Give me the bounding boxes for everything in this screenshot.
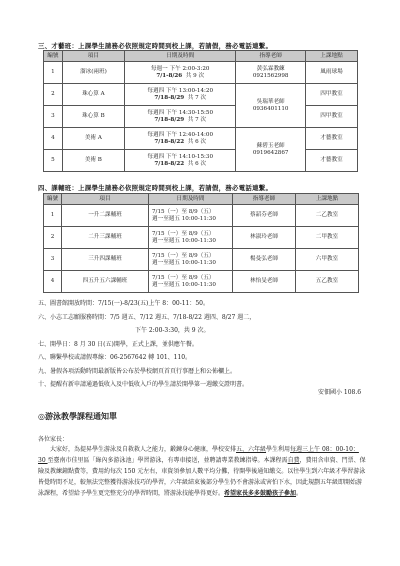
- document-page: 三、才藝班：上課學生請務必依照規定時間到校上課，若請假，務必電話連繫。 編號 項…: [0, 0, 400, 566]
- note-schedule-info: 九、暑假各項活動時間最新版皆公布於學校網頁首頁行事曆上和公佈欄上。: [38, 366, 236, 375]
- time-line: 每週四 下午 12:40-14:00: [125, 132, 235, 139]
- row-item: 四五升五六課輔班: [62, 271, 149, 293]
- table-row: 4 美術 A 每週四 下午 12:40-14:007/18-8/22 共 6 次…: [44, 128, 358, 150]
- row-no: 3: [44, 249, 62, 271]
- row-item: 珠心算 A: [62, 84, 124, 106]
- note-low-income: 十、提醒有新申請通過低收入及中低收入戶的學生請於開學第一週繳交證明書。: [38, 379, 248, 388]
- table-header-row: 編號 項目 日期及時間 指導老師 上課地點: [44, 51, 358, 62]
- row-place: 才藝教室: [305, 150, 357, 172]
- row-item: 一升二課輔班: [62, 205, 149, 227]
- date-range: 7/1-8/26: [156, 73, 182, 79]
- row-time: 每週四 下午 14:30-15:507/18-8/29 共 7 次: [125, 106, 236, 128]
- row-time: 每週一 下午 2:00-3:207/1-8/26 共 9 次: [125, 62, 236, 84]
- teacher-phone: 0936401110: [236, 106, 305, 113]
- date-range: 7/15（一）至 8/9（五）: [152, 253, 232, 260]
- row-place: 風雨球場: [305, 62, 357, 84]
- grade-highlight: 五、六年級: [236, 446, 266, 453]
- date-range: 7/18-8/22: [154, 161, 184, 167]
- header-teacher: 指導老師: [236, 51, 306, 62]
- row-teacher: 林淑玲老師: [233, 227, 296, 249]
- row-no: 5: [44, 150, 63, 172]
- row-place: 四甲教室: [305, 106, 357, 128]
- table-row: 2 二升三課輔班 7/15（一）至 8/9（五）週一至週五 10:00-11:3…: [44, 227, 359, 249]
- time-line: 每週四 下午 14:10-15:30: [125, 154, 235, 161]
- signature: 安佃國小 108.6: [318, 387, 361, 396]
- body-text: 學生利用: [266, 446, 290, 453]
- row-place: 二乙教室: [296, 205, 359, 227]
- row-no: 1: [44, 205, 62, 227]
- header-time: 日期及時間: [149, 194, 233, 205]
- row-time: 每週四 下午 14:10-15:307/18-8/22 共 6 次: [125, 150, 236, 172]
- note-school-start: 七、開學日：8 月 30 日(五)開學，正式上課，並供應午餐。: [38, 339, 198, 348]
- time-line: 週一至週五 10:00-11:30: [152, 282, 232, 289]
- table-row: 3 三升四課輔班 7/15（一）至 8/9（五）週一至週五 10:00-11:3…: [44, 249, 359, 271]
- table-row: 1 一升二課輔班 7/15（一）至 8/9（五）週一至週五 10:00-11:3…: [44, 205, 359, 227]
- row-place: 六甲教室: [296, 249, 359, 271]
- self-pay-highlight: 自費: [288, 457, 300, 464]
- session-count: 共 7 次: [188, 95, 206, 101]
- row-time: 每週四 下午 12:40-14:007/18-8/22 共 6 次: [125, 128, 236, 150]
- row-no: 2: [44, 84, 63, 106]
- date-range: 7/15（一）至 8/9（五）: [152, 231, 232, 238]
- section3-title: 三、才藝班：上課學生請務必依照規定時間到校上課，若請假，務必電話連繫。: [38, 41, 272, 50]
- row-no: 3: [44, 106, 63, 128]
- note-volunteer-hours-cont: 下午 2:00-3:30，共 9 次。: [135, 325, 210, 334]
- row-teacher: 楊曼弘老師: [233, 249, 296, 271]
- body-text: 。: [296, 490, 302, 497]
- tutoring-class-table: 編號 項目 日期及時間 指導老師 上課地點 1 一升二課輔班 7/15（一）至 …: [43, 193, 359, 293]
- teacher-phone: 0919642867: [236, 150, 305, 157]
- row-time: 7/15（一）至 8/9（五）週一至週五 10:00-11:30: [149, 249, 233, 271]
- row-teacher: 林怡旻老師: [233, 271, 296, 293]
- session-count: 共 6 次: [188, 139, 206, 145]
- header-place: 上課地點: [305, 51, 357, 62]
- body-text: 至臺南市佳里區「綠內多游泳池」學習游泳，有專車接送，並聘請專業教練指導。本課程需: [48, 457, 288, 464]
- teacher-name: 吳瑞華老師: [236, 99, 305, 106]
- row-time: 7/15（一）至 8/9（五）週一至週五 10:00-11:30: [149, 271, 233, 293]
- date-range: 7/15（一）至 8/9（五）: [152, 275, 232, 282]
- note-volunteer-hours: 六、小志工志願服務時間：7/5 週五、7/12 週五、7/18-8/22 週四、…: [38, 312, 255, 321]
- row-no: 4: [44, 271, 62, 293]
- time-line: 週一至週五 10:00-11:30: [152, 216, 232, 223]
- header-no: 編號: [44, 51, 63, 62]
- body-text: 大家好，為提昇學生游泳及自救救人之能力，鍛鍊身心健康，學校安排: [50, 446, 236, 453]
- row-item: 美術 A: [62, 128, 124, 150]
- notice-salutation: 各位家長：: [38, 434, 68, 443]
- teacher-name: 黃弘霖教練: [236, 66, 305, 73]
- talent-class-table: 編號 項目 日期及時間 指導老師 上課地點 1 溜冰(兩班) 每週一 下午 2:…: [43, 50, 358, 172]
- time-line: 週一至週五 10:00-11:30: [152, 260, 232, 267]
- row-item: 三升四課輔班: [62, 249, 149, 271]
- date-range: 7/18-8/22: [154, 139, 184, 145]
- session-count: 共 9 次: [186, 73, 204, 79]
- date-range: 7/18-8/29: [154, 95, 184, 101]
- row-item: 溜冰(兩班): [62, 62, 124, 84]
- note-contact-line: 八、聯繫學校或請假專線：06-2567642 轉 101、110。: [38, 352, 191, 361]
- time-line: 每週一 下午 2:00-3:20: [125, 66, 235, 73]
- header-item: 項目: [62, 51, 124, 62]
- note-library-hours: 五、圖書館開放時間：7/15(一)-8/23(五)上午 8：00-11：50。: [38, 298, 209, 307]
- row-time: 7/15（一）至 8/9（五）週一至週五 10:00-11:30: [149, 227, 233, 249]
- row-item: 二升三課輔班: [62, 227, 149, 249]
- header-no: 編號: [44, 194, 62, 205]
- row-no: 4: [44, 128, 63, 150]
- row-place: 四甲教室: [305, 84, 357, 106]
- row-no: 2: [44, 227, 62, 249]
- table-row: 3 珠心算 B 每週四 下午 14:30-15:507/18-8/29 共 7 …: [44, 106, 358, 128]
- header-place: 上課地點: [296, 194, 359, 205]
- row-item: 美術 B: [62, 150, 124, 172]
- date-range: 7/18-8/29: [154, 117, 184, 123]
- row-place: 才藝教室: [305, 128, 357, 150]
- table-row: 1 溜冰(兩班) 每週一 下午 2:00-3:207/1-8/26 共 9 次 …: [44, 62, 358, 84]
- row-place: 二甲教室: [296, 227, 359, 249]
- teacher-phone: 0921562998: [236, 73, 305, 80]
- table-row: 4 四五升五六課輔班 7/15（一）至 8/9（五）週一至週五 10:00-11…: [44, 271, 359, 293]
- row-item: 珠心算 B: [62, 106, 124, 128]
- header-item: 項目: [62, 194, 149, 205]
- time-line: 每週四 下午 13:00-14:20: [125, 88, 235, 95]
- row-teacher: 吳瑞華老師0936401110: [236, 84, 306, 128]
- section4-title: 四、課輔班：上課學生請務必依照規定時間到校上課，若請假，務必電話連繫。: [38, 183, 272, 192]
- notice-title: ◎游泳教學課程通知單: [38, 411, 117, 422]
- encouragement-text: 希望家長多多鼓勵孩子參加: [224, 490, 296, 497]
- session-count: 共 6 次: [188, 161, 206, 167]
- row-teacher: 蘇碧玉老師0919642867: [236, 128, 306, 172]
- row-time: 7/15（一）至 8/9（五）週一至週五 10:00-11:30: [149, 205, 233, 227]
- notice-body: 大家好，為提昇學生游泳及自救救人之能力，鍛鍊身心健康，學校安排五、六年級學生利用…: [38, 444, 366, 499]
- table-row: 5 美術 B 每週四 下午 14:10-15:307/18-8/22 共 6 次…: [44, 150, 358, 172]
- header-teacher: 指導老師: [233, 194, 296, 205]
- time-line: 每週四 下午 14:30-15:50: [125, 110, 235, 117]
- row-teacher: 蔡韶芬老師: [233, 205, 296, 227]
- session-count: 共 7 次: [188, 117, 206, 123]
- teacher-name: 蘇碧玉老師: [236, 143, 305, 150]
- time-line: 週一至週五 10:00-11:30: [152, 238, 232, 245]
- date-range: 7/15（一）至 8/9（五）: [152, 209, 232, 216]
- table-header-row: 編號 項目 日期及時間 指導老師 上課地點: [44, 194, 359, 205]
- row-time: 每週四 下午 13:00-14:207/18-8/29 共 7 次: [125, 84, 236, 106]
- row-place: 五乙教室: [296, 271, 359, 293]
- row-teacher: 黃弘霖教練0921562998: [236, 62, 306, 84]
- row-no: 1: [44, 62, 63, 84]
- header-time: 日期及時間: [125, 51, 236, 62]
- table-row: 2 珠心算 A 每週四 下午 13:00-14:207/18-8/29 共 7 …: [44, 84, 358, 106]
